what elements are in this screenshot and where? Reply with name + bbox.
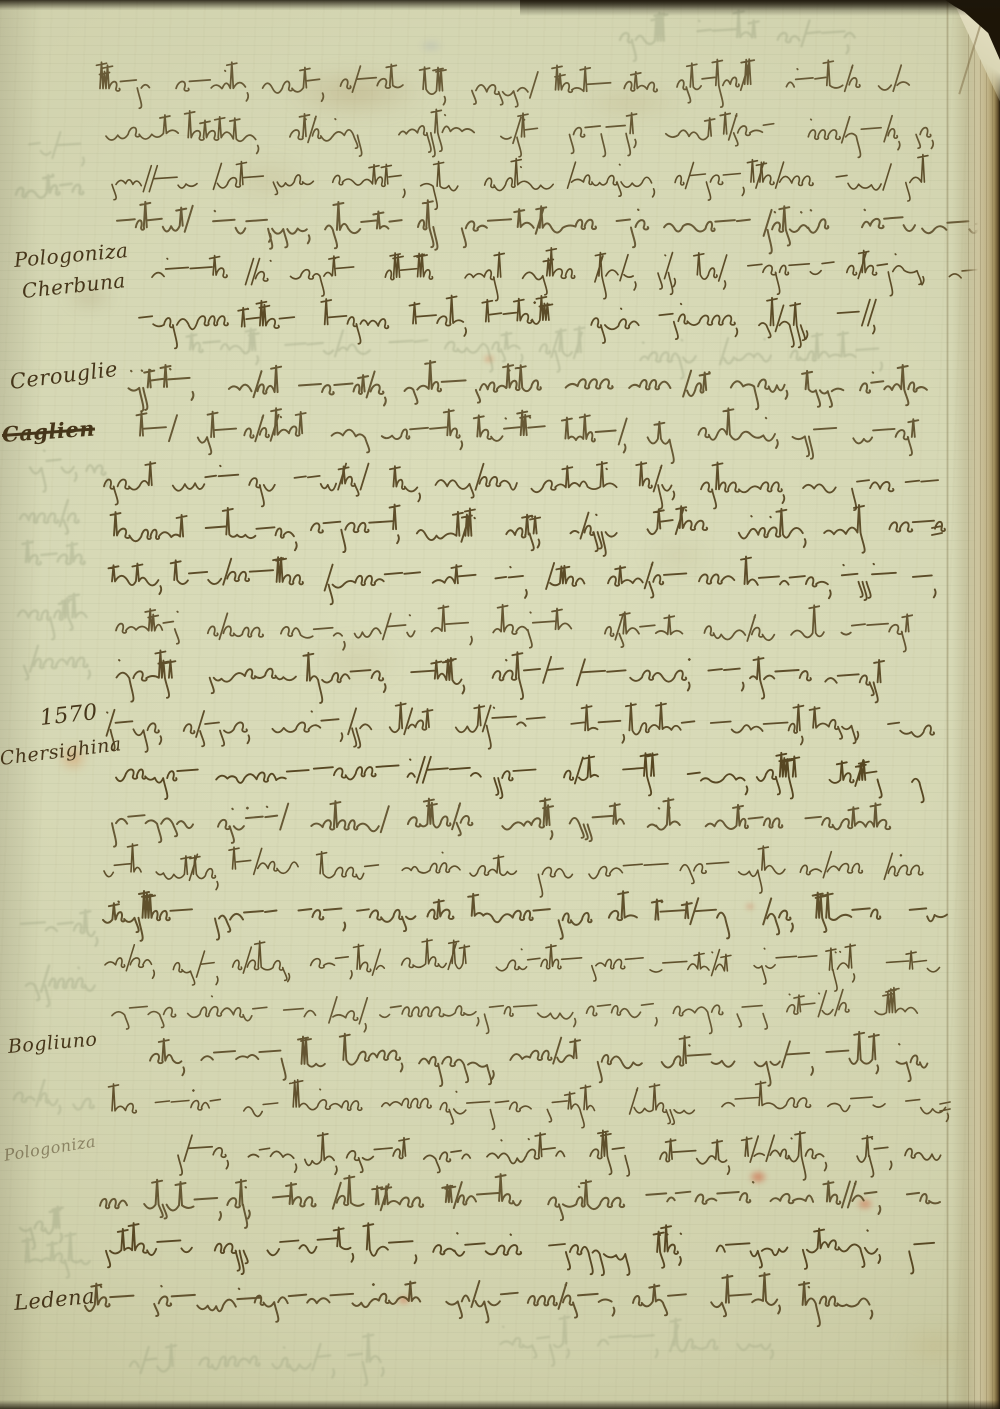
- handwritten-line: [109, 557, 936, 605]
- handwritten-line: [85, 1273, 872, 1326]
- handwritten-line: [116, 605, 912, 652]
- page-fold-crease: [946, 0, 949, 1409]
- manuscript-page: Pologoniza Cherbuna Cerouglie Caglien 15…: [0, 0, 1000, 1409]
- handwritten-line: [116, 753, 924, 803]
- handwritten-line: [111, 505, 945, 556]
- handwritten-line: [105, 939, 939, 991]
- handwritten-line: [117, 651, 885, 703]
- top-page-edge-dark: [520, 0, 1000, 16]
- handwritten-line: [137, 408, 919, 463]
- handwritten-line: [97, 59, 910, 108]
- page-stack-streaks: [968, 0, 998, 1409]
- handwritten-line: [107, 703, 935, 752]
- handwritten-line: [106, 1223, 935, 1275]
- handwritten-line: [112, 798, 890, 846]
- handwritten-line: [112, 988, 917, 1034]
- handwritten-line: [178, 1130, 941, 1180]
- handwritten-line: [104, 844, 923, 897]
- handwritten-line: [106, 109, 933, 157]
- handwritten-line: [104, 462, 939, 510]
- handwritten-line: [109, 1080, 951, 1129]
- handwritten-line: [150, 1032, 927, 1086]
- glagolitic-body-text: [0, 0, 1000, 1409]
- handwritten-line: [129, 361, 927, 411]
- handwritten-line: [139, 296, 876, 349]
- handwritten-line: [100, 1174, 940, 1228]
- bottom-page-edge: [0, 1400, 1000, 1409]
- handwritten-line: [152, 248, 992, 301]
- handwritten-line: [112, 155, 928, 210]
- handwritten-line: [117, 200, 991, 253]
- manuscript-scan: Pologoniza Cherbuna Cerouglie Caglien 15…: [0, 0, 1000, 1409]
- handwritten-line: [103, 891, 947, 941]
